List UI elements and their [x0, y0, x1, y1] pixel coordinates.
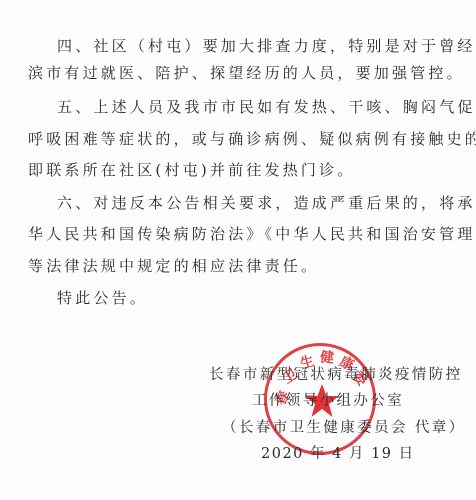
signature-date: 2020 年 4 月 19 日 — [261, 444, 415, 464]
paragraph-6-line-3: 等法律法规中规定的相应法律责任。 — [28, 256, 319, 276]
paragraph-4-line-2: 滨市有过就医、陪护、探望经历的人员，要加强管控。 — [28, 63, 465, 83]
paragraph-6-line-2: 华人民共和国传染病防治法》《中华人民共和国治安管理处罚法》 — [28, 224, 476, 244]
signature-org-line-3: （长春市卫生健康委员会 代章） — [222, 418, 466, 438]
paragraph-5-line-2: 呼吸困难等症状的，或与确诊病例、疑似病例有接触史的，应立 — [28, 129, 476, 149]
paragraph-6-line-1: 六、对违反本公告相关要求，造成严重后果的，将承担《中 — [57, 193, 476, 213]
paragraph-4-line-1: 四、社区（村屯）要加大排查力度，特别是对于曾经在哈尔 — [57, 36, 476, 56]
closing-text: 特此公告。 — [57, 288, 148, 308]
paragraph-5-line-1: 五、上述人员及我市市民如有发热、干咳、胸闷气促、乏力、 — [57, 97, 476, 117]
paragraph-5-line-3: 即联系所在社区(村屯)并前往发热门诊。 — [28, 160, 356, 180]
signature-org-line-2: 工作领导小组办公室 — [252, 391, 404, 411]
signature-org-line-1: 长春市新型冠状病毒肺炎疫情防控 — [209, 365, 463, 385]
